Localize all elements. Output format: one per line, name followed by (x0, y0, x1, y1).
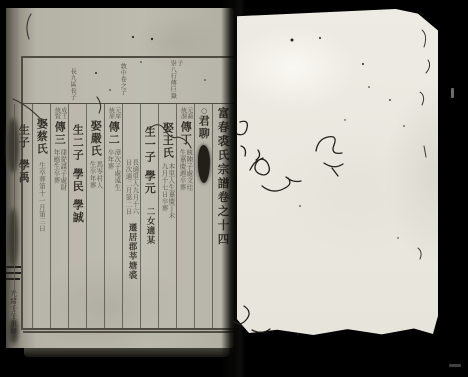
page-edge-sliver (451, 88, 454, 98)
genealogy-column: 生一子 學元 二女適某 (140, 104, 158, 328)
spouse-head: 娶王氏 (162, 122, 174, 160)
genealogy-column: 成王統賢 傳三 律從謀子處財年應生卒葬 (50, 104, 68, 328)
entry-note: 本里人生嘉慶丁未九月十七日卒葬 (161, 163, 175, 219)
genealogy-column: 娶嚴氏 馬岺村人生卒年葬 (86, 104, 104, 328)
entry-note: 生卒葬第十一月第三日 (38, 162, 45, 234)
entry-note: 漳次子處遠生卒年葬 (107, 149, 121, 191)
entry-note: 長適里人九月十六日次適二月第二日 (125, 159, 139, 217)
migration-line: 遷居郡莘塘裘 (127, 223, 136, 280)
spouse-head: 娶蔡氏 (36, 118, 48, 156)
book-scan: 光緒壬午重修 子崇八行傳巨嶽 敦中卷之子 長九區長子 富春裘氏宗譜卷之十四 ○ … (0, 0, 468, 377)
genealogy-column: 生二子 學民 學誠 (68, 104, 86, 328)
entry-note: 馬岺村人生卒年葬 (89, 161, 103, 191)
right-page (237, 9, 438, 339)
ink-blob (198, 145, 210, 183)
entry-note: 律從謀子處財年應生卒葬 (53, 149, 67, 191)
header-note-middle: 敦中卷之子 (119, 63, 125, 96)
sons-line: 生一子 (144, 126, 156, 164)
genealogy-column: 元裔統謂 傳丁 統陳子處文珪生嘉慶週卒葬 (176, 104, 194, 328)
entry-prefix: 元裔統謂 (179, 107, 192, 121)
entry-note: 統陳子處文珪生嘉慶週卒葬 (179, 149, 193, 194)
genealogy-column: 長適里人九月十六日次適二月第二日 遷居郡莘塘裘 (122, 104, 140, 328)
entry-prefix: 元庠統扉 (107, 107, 120, 121)
entry-prefix: 成王統賢 (53, 107, 66, 121)
entry-head: 傳三 (54, 121, 66, 146)
son-name: 學元 (144, 170, 156, 195)
son-name: 學誠 (72, 199, 84, 224)
frame-header: 子崇八行傳巨嶽 敦中卷之子 長九區長子 (23, 58, 234, 104)
entry-head: 傳丁 (180, 121, 192, 146)
header-note-right-a: 子 (176, 60, 183, 67)
page-bottom-edge (24, 348, 230, 357)
genealogy-column: ○ 君聊 (194, 104, 212, 328)
page-edge-sliver (449, 364, 461, 367)
spouse-head: 娶嚴氏 (90, 120, 102, 158)
person-name: 君聊 (198, 115, 210, 140)
entry-head: 傳二 (108, 121, 120, 146)
son-name: 學禹 (18, 159, 30, 184)
genealogy-column: 娶王氏 本里人生嘉慶丁未九月十七日卒葬 (158, 104, 176, 328)
header-note-right: 子崇八行傳巨嶽 (169, 60, 182, 99)
sons-line: 生二子 (72, 124, 84, 162)
genealogy-columns: 富春裘氏宗譜卷之十四 ○ 君聊 元裔統謂 傳丁 統陳子處文珪生嘉慶週卒葬 娶王氏… (23, 104, 234, 329)
daughters-line: 二女適某 (145, 207, 154, 245)
genealogy-column: 娶蔡氏 生卒葬第十一月第三日 (32, 104, 50, 328)
print-frame: 子崇八行傳巨嶽 敦中卷之子 長九區長子 富春裘氏宗譜卷之十四 ○ 君聊 元裔統謂… (21, 56, 236, 330)
genealogy-column: 生子 學禹 (14, 104, 32, 328)
header-note-right-b: 崇八行傳巨嶽 (169, 60, 176, 99)
genealogy-column: 元庠統扉 傳二 漳次子處遠生卒年葬 (104, 104, 122, 328)
circle-marker: ○ (200, 107, 207, 115)
son-name: 學民 (72, 168, 84, 193)
header-note-left: 長九區長子 (69, 68, 75, 101)
sons-line: 生子 (18, 124, 30, 149)
left-page: 光緒壬午重修 子崇八行傳巨嶽 敦中卷之子 長九區長子 富春裘氏宗譜卷之十四 ○ … (6, 8, 234, 348)
